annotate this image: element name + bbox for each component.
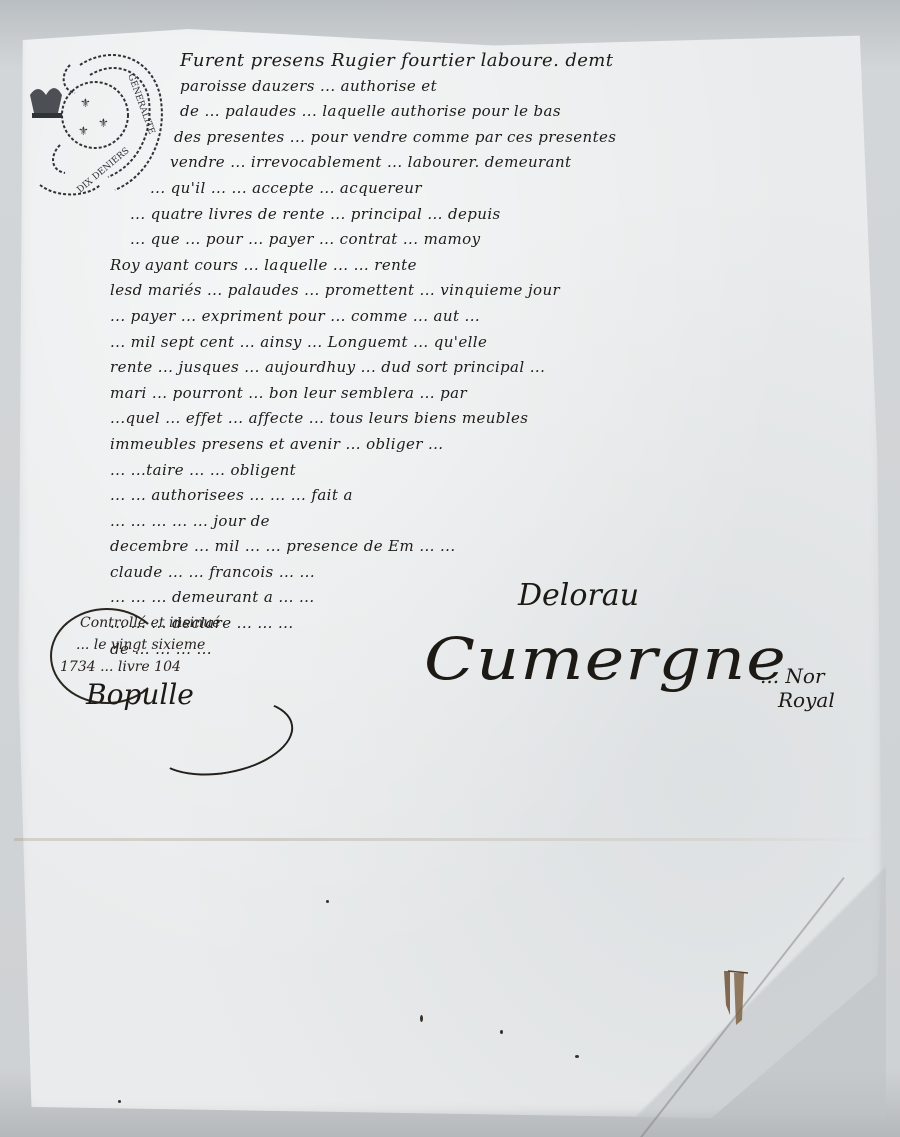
ink-speck xyxy=(575,1055,579,1058)
body-line: ... ... authorisees ... ... ... fait a xyxy=(110,483,880,509)
ink-speck xyxy=(420,1015,423,1022)
notary-line: Royal xyxy=(760,688,835,712)
svg-text:⚜: ⚜ xyxy=(98,116,109,130)
ink-speck xyxy=(118,1100,121,1103)
body-line: ... quatre livres de rente ... principal… xyxy=(110,202,880,228)
margin-note-line: 1734 ... livre 104 xyxy=(56,656,376,678)
folded-corner xyxy=(636,859,886,1119)
body-line: lesd mariés ... palaudes ... promettent … xyxy=(110,278,880,304)
body-line: Furent presens Rugier fourtier laboure. … xyxy=(110,48,880,74)
body-line: Roy ayant cours ... laquelle ... ... ren… xyxy=(110,253,880,279)
svg-text:⚜: ⚜ xyxy=(78,124,89,138)
body-line: ... qu'il ... ... accepte ... acquereur xyxy=(110,176,880,202)
horizontal-fold-line xyxy=(14,838,886,841)
body-line: immeubles presens et avenir ... obliger … xyxy=(110,432,880,458)
body-line: decembre ... mil ... ... presence de Em … xyxy=(110,534,880,560)
svg-text:⚜: ⚜ xyxy=(80,96,91,110)
margin-note-line: ... le vingt sixieme xyxy=(56,634,376,656)
body-line: rente ... jusques ... aujourdhuy ... dud… xyxy=(110,355,880,381)
body-line: ... ... ... demeurant a ... ... xyxy=(110,585,880,611)
ink-speck xyxy=(326,900,329,903)
body-line: ... que ... pour ... payer ... contrat .… xyxy=(110,227,880,253)
registration-note: Controllé et insinué ... le vingt sixiem… xyxy=(56,612,376,678)
witness-signature: Delorau xyxy=(518,578,639,613)
body-line: ...quel ... effet ... affecte ... tous l… xyxy=(110,406,880,432)
body-line: ... payer ... expriment pour ... comme .… xyxy=(110,304,880,330)
body-line: paroisse dauzers ... authorise et xyxy=(110,74,880,100)
ink-stain xyxy=(718,965,758,1035)
body-line: vendre ... irrevocablement ... labourer.… xyxy=(110,150,880,176)
body-line: ... mil sept cent ... ainsy ... Longuemt… xyxy=(110,330,880,356)
notary-signature: ... Nor Royal xyxy=(760,664,835,712)
party-signature: Cumergne xyxy=(424,625,787,693)
body-line: des presentes ... pour vendre comme par … xyxy=(110,125,880,151)
body-line: de ... palaudes ... laquelle authorise p… xyxy=(110,99,880,125)
body-line: ... ... ... ... ... jour de xyxy=(110,509,880,535)
notary-line: ... Nor xyxy=(760,664,835,688)
ink-speck xyxy=(500,1030,503,1034)
document-body: Furent presens Rugier fourtier laboure. … xyxy=(110,48,880,662)
body-line: ... ...taire ... ... obligent xyxy=(110,458,880,484)
registrar-signature: Bopulle xyxy=(86,678,194,711)
body-line: claude ... ... francois ... ... xyxy=(110,560,880,586)
margin-note-line: Controllé et insinué xyxy=(56,612,376,634)
body-line: mari ... pourront ... bon leur semblera … xyxy=(110,381,880,407)
